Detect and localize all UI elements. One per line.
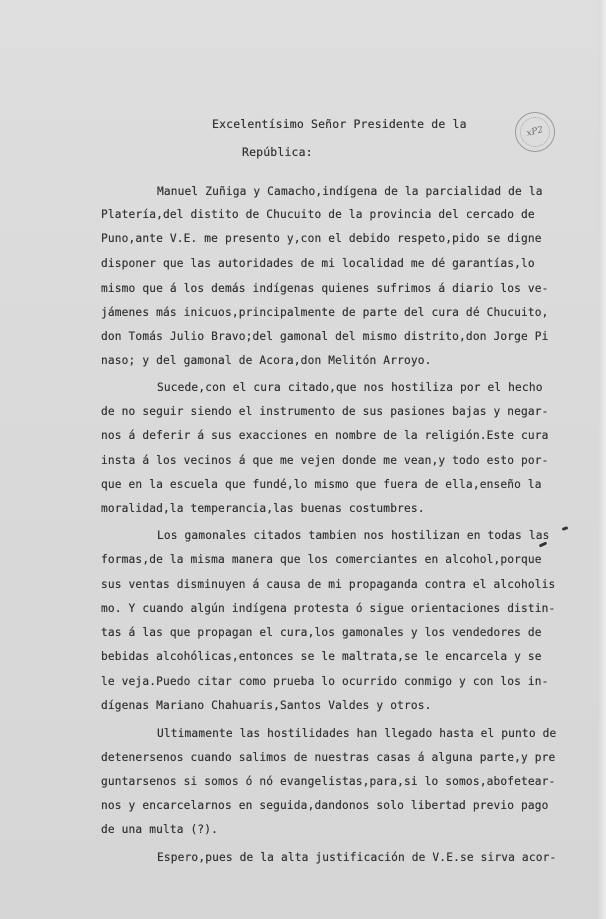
body-line: detenersenos cuando salimos de nuestras …: [101, 751, 555, 765]
body-line: Puno,ante V.E. me presento y,con el debi…: [101, 232, 542, 246]
body-line: guntarsenos si somos ó nó evangelistas,p…: [101, 775, 555, 789]
page-edge: [598, 0, 606, 919]
body-line: Espero,pues de la alta justificación de …: [157, 851, 556, 865]
body-line: jámenes más inicuos,principalmente de pa…: [101, 306, 549, 320]
body-line: disponer que las autoridades de mi local…: [101, 257, 535, 271]
body-line: Manuel Zuñiga y Camacho,indígena de la p…: [157, 185, 543, 199]
salutation-line-1: Excelentísimo Señor Presidente de la: [212, 117, 467, 131]
body-line: dígenas Mariano Chahuaris,Santos Valdes …: [101, 699, 432, 713]
body-line: Platería,del distito de Chucuito de la p…: [101, 208, 535, 222]
body-line: don Tomás Julio Bravo;del gamonal del mi…: [101, 330, 549, 344]
body-line: nos y encarcelarnos en seguida,dandonos …: [101, 799, 549, 813]
body-line: de una multa (?).: [101, 823, 218, 837]
stamp-label: xP2: [517, 114, 554, 151]
body-line: que en la escuela que fundé,lo mismo que…: [101, 478, 542, 492]
body-line: sus ventas disminuyen á causa de mi prop…: [101, 578, 555, 592]
body-line: Sucede,con el cura citado,que nos hostil…: [157, 381, 543, 395]
body-line: insta á los vecinos á que me vejen donde…: [101, 454, 549, 468]
salutation-line-2: República:: [242, 145, 313, 159]
body-line: formas,de la misma manera que los comerc…: [101, 553, 542, 567]
body-line: bebidas alcohólicas,entonces se le maltr…: [101, 650, 542, 664]
archive-stamp-icon: xP2: [515, 112, 555, 152]
body-line: nos á deferir á sus exacciones en nombre…: [101, 429, 549, 443]
body-line: moralidad,la temperancia,las buenas cost…: [101, 502, 425, 516]
body-line: mismo que á los demás indígenas quienes …: [101, 282, 549, 296]
body-line: Los gamonales citados tambien nos hostil…: [157, 529, 549, 543]
body-line: le veja.Puedo citar como prueba lo ocurr…: [101, 675, 549, 689]
body-line: tas á las que propagan el cura,los gamon…: [101, 626, 542, 640]
body-line: Ultimamente las hostilidades han llegado…: [157, 727, 556, 741]
body-line: mo. Y cuando algún indígena protesta ó s…: [101, 602, 555, 616]
body-line: de no seguir siendo el instrumento de su…: [101, 405, 549, 419]
body-line: naso; y del gamonal de Acora,don Melitón…: [101, 354, 432, 368]
